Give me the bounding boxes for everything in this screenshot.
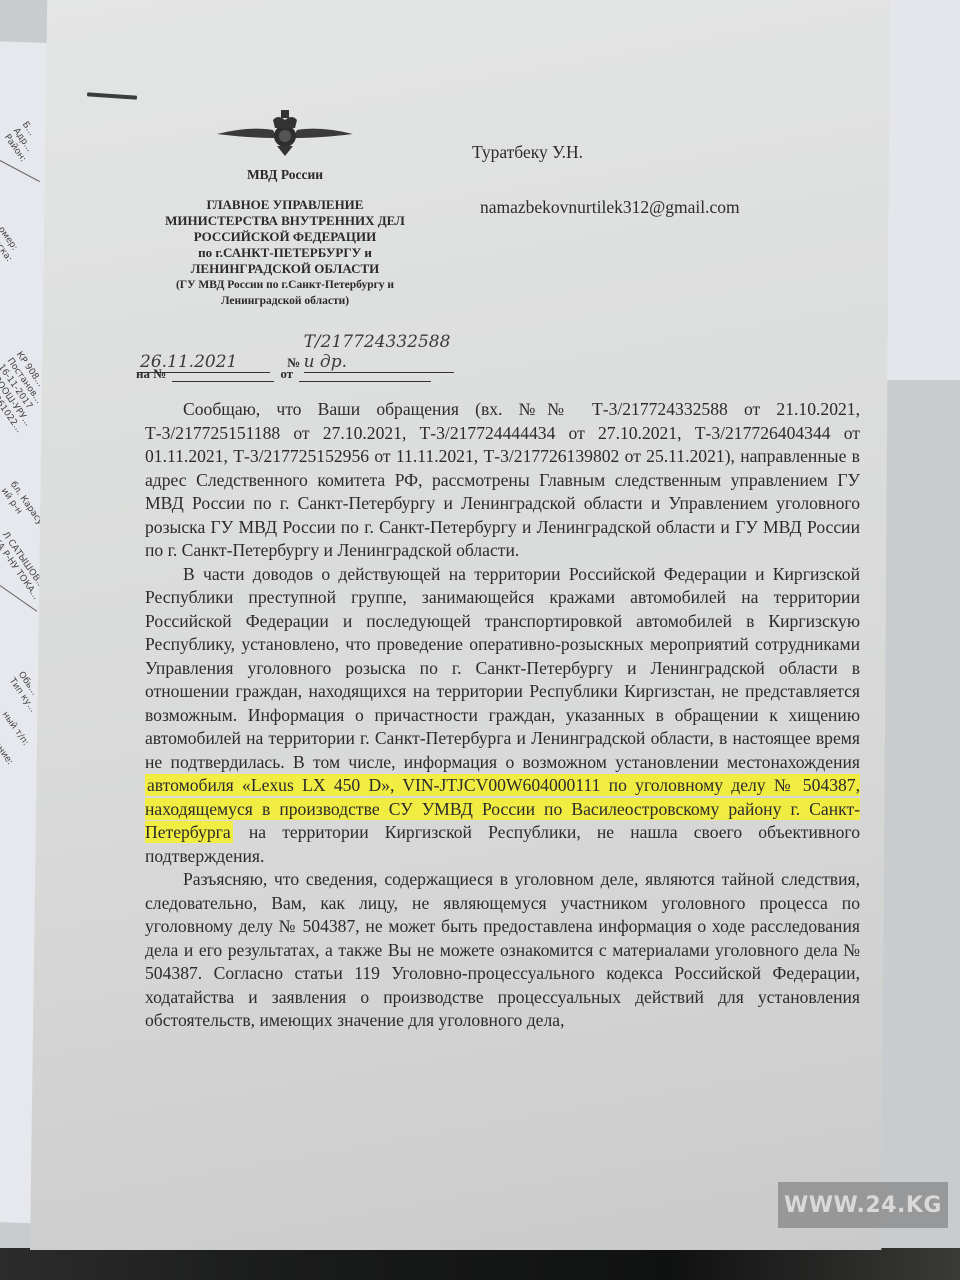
ministry-short-name: МВД России [120,167,450,183]
ref-number-label: на № [136,366,166,381]
double-headed-eagle-emblem-icon [215,108,355,158]
paragraph-3: Разъясняю, что сведения, содержащиеся в … [145,868,860,1033]
desk-surface [0,1248,960,1280]
reference-row: на №от [136,366,437,382]
addressee-name: Туратбеку У.Н. [472,142,583,163]
org-line: по г.САНКТ-ПЕТЕРБУРГУ и [120,245,450,261]
org-line: ЛЕНИНГРАДСКОЙ ОБЛАСТИ [120,261,450,277]
org-line: РОССИЙСКОЙ ФЕДЕРАЦИИ [120,229,450,245]
org-abbreviation: Ленинградской области) [120,293,450,309]
paragraph-1: Сообщаю, что Ваши обращения (вх. №№ Т-3/… [145,398,860,563]
org-abbreviation: (ГУ МВД России по г.Санкт-Петербургу и [120,277,450,293]
letterhead: МВД России ГЛАВНОЕ УПРАВЛЕНИЕ МИНИСТЕРСТ… [120,108,450,309]
paragraph-2-text-end: на территории Киргизской Республики, не … [145,822,860,866]
org-line: МИНИСТЕРСТВА ВНУТРЕННИХ ДЕЛ [120,213,450,229]
org-line: ГЛАВНОЕ УПРАВЛЕНИЕ [120,197,450,213]
ref-number-blank [172,369,274,382]
paragraph-2: В части доводов о действующей на террито… [145,563,860,869]
ref-date-label: от [280,366,293,381]
paragraph-2-text: В части доводов о действующей на террито… [145,564,860,772]
letter-body: Сообщаю, что Ваши обращения (вх. №№ Т-3/… [145,398,860,1033]
ref-date-blank [299,369,431,382]
site-watermark: WWW.24.KG [778,1182,948,1228]
addressee-email: namazbekovnurtilek312@gmail.com [480,197,740,218]
